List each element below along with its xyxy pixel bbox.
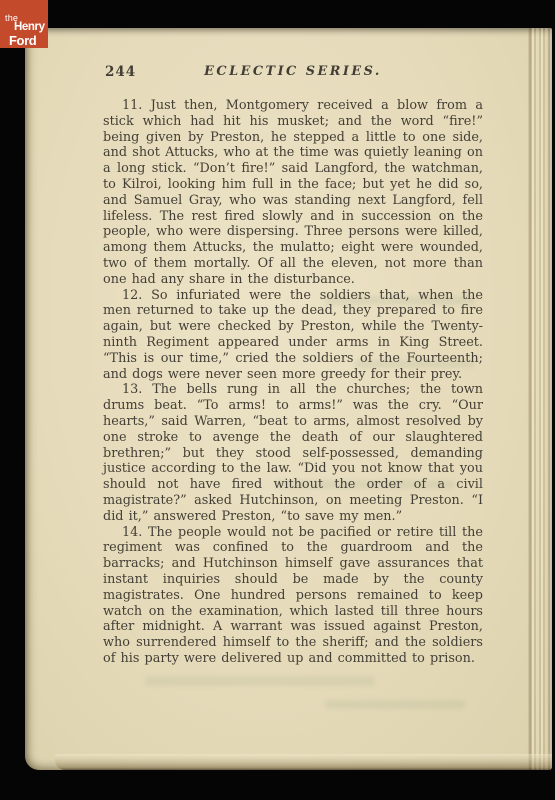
paragraph-11: 11. Just then, Montgomery received a blo…	[103, 98, 483, 288]
text-column: 244 ECLECTIC SERIES. 11. Just then, Mont…	[103, 28, 483, 667]
verso-bleed-smudge	[145, 676, 375, 686]
body-text: 11. Just then, Montgomery received a blo…	[103, 98, 483, 667]
paragraph-14: 14. The people would not be pacified or …	[103, 525, 483, 667]
henry-ford-logo-henry: Henry	[14, 21, 45, 33]
paragraph-13: 13. The bells rung in all the churches; …	[103, 382, 483, 524]
verso-bleed-smudge	[325, 700, 465, 709]
running-head: ECLECTIC SERIES.	[103, 64, 483, 79]
page-edge-stack	[532, 28, 552, 770]
henry-ford-logo-ford: Ford	[9, 33, 36, 48]
page-header: 244 ECLECTIC SERIES.	[103, 64, 483, 81]
henry-ford-logo: the Henry Ford	[0, 0, 48, 48]
page-bottom-edge	[55, 754, 552, 770]
book-page: 244 ECLECTIC SERIES. 11. Just then, Mont…	[25, 28, 552, 770]
paragraph-12: 12. So infuriated were the soldiers that…	[103, 288, 483, 383]
